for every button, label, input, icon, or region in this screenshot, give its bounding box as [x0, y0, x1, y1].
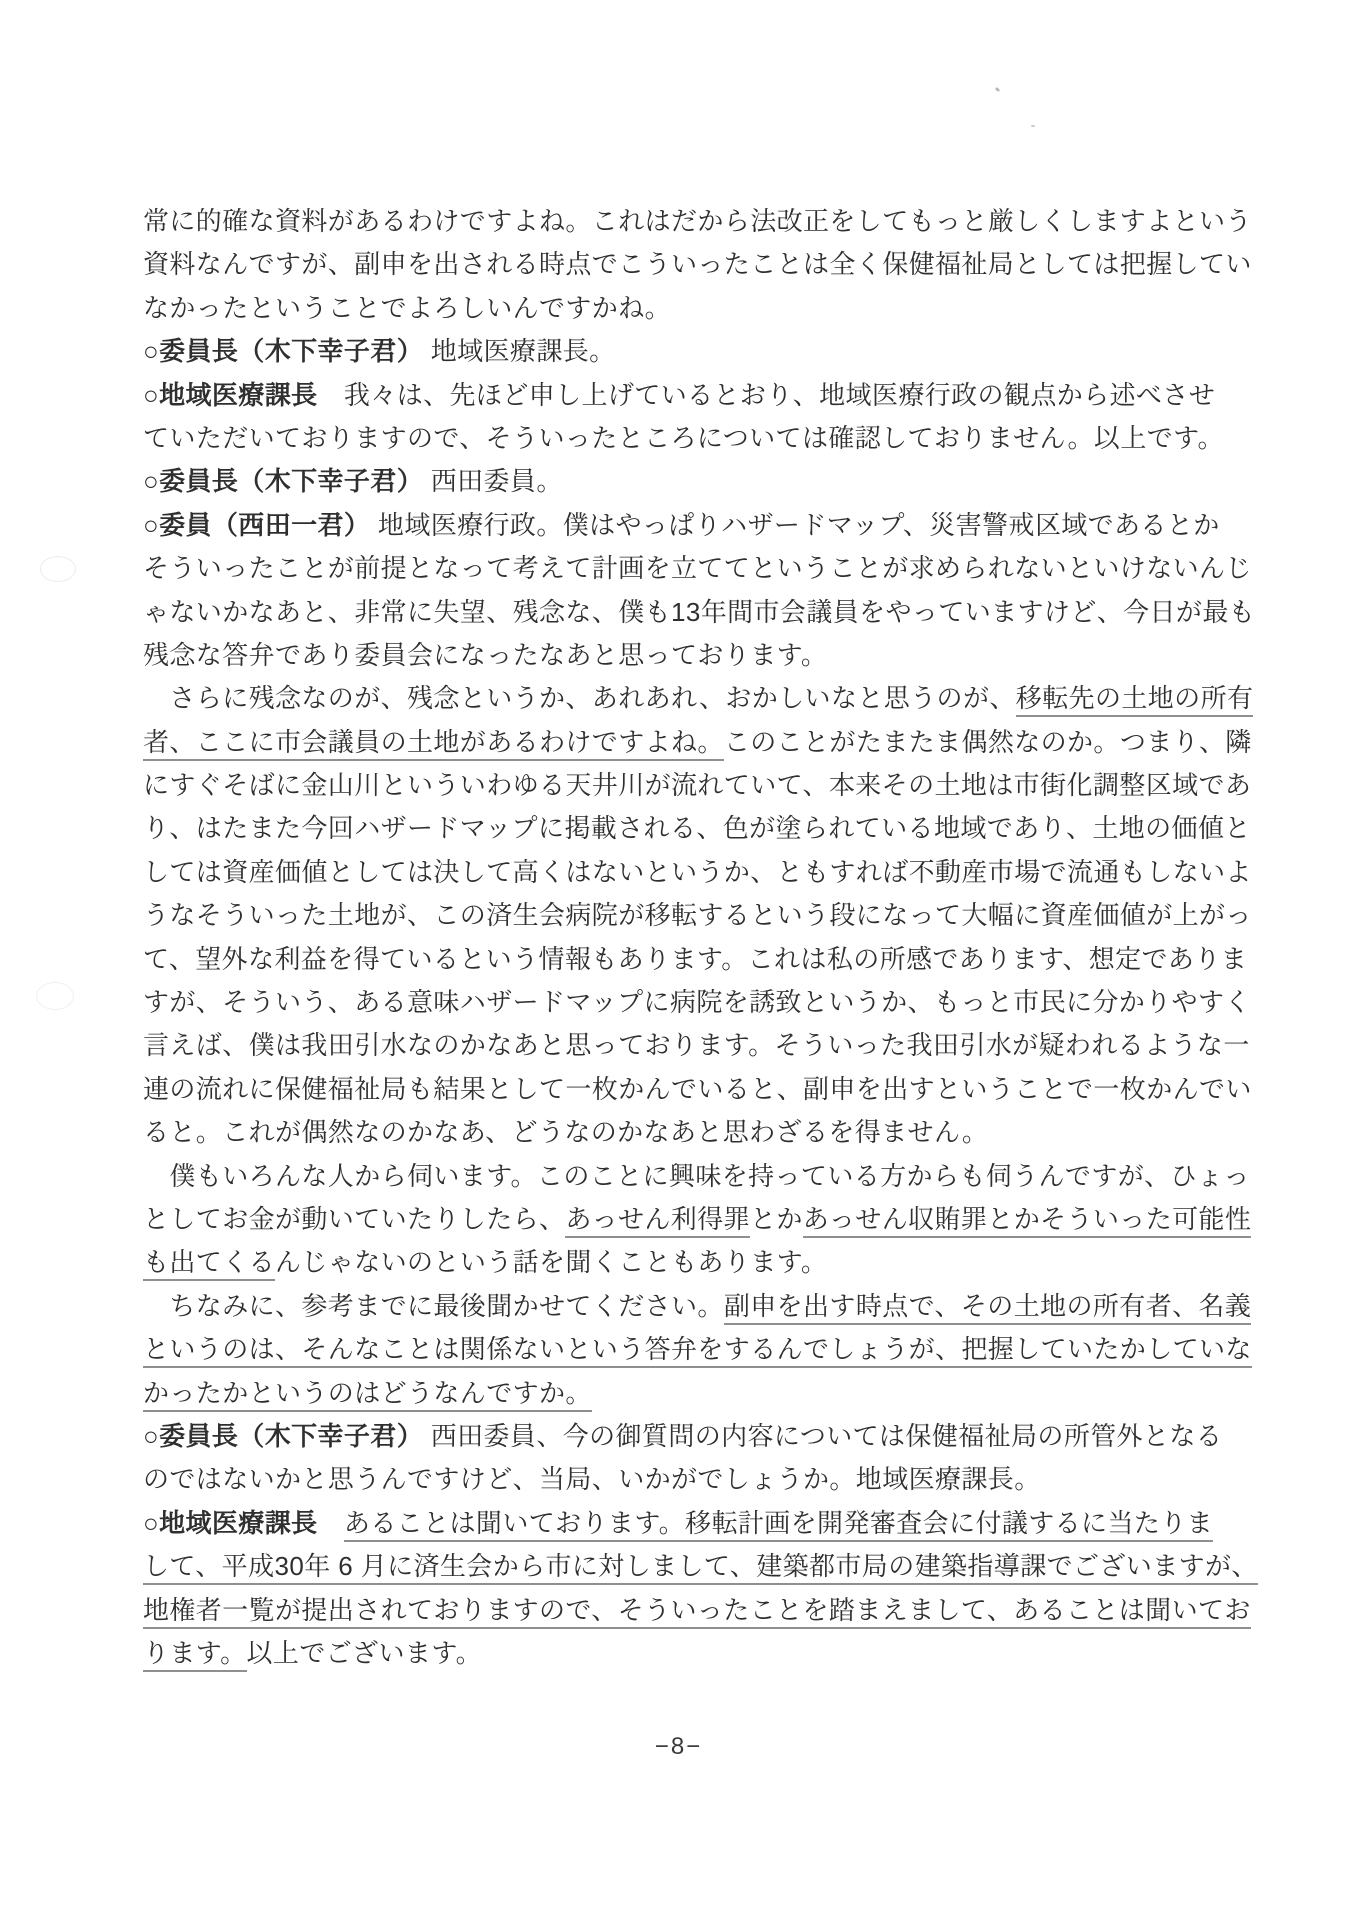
- document-line: かったかというのはどうなんですか。: [143, 1372, 1228, 1415]
- document-line: 連の流れに保健福祉局も結果として一枚かんでいると、副申を出すということで一枚かん…: [143, 1068, 1228, 1111]
- text-segment: ちなみに、参考までに最後聞かせてください。: [143, 1291, 724, 1321]
- text-segment: ると。これが偶然なのかなあ、どうなのかなあと思わざるを得ません。: [143, 1117, 988, 1147]
- underlined-text: かったかというのはどうなんですか。: [143, 1378, 592, 1412]
- document-line: そういったことが前提となって考えて計画を立ててということが求められないといけない…: [143, 547, 1228, 590]
- scanned-document-page: 常に的確な資料があるわけですよね。これはだから法改正をしてもっと厳しくしますよと…: [0, 0, 1357, 1920]
- document-line: ゃないかなあと、非常に失望、残念な、僕も13年間市会議員をやっていますけど、今日…: [143, 591, 1228, 634]
- document-line: ○地域医療課長 あることは聞いております。移転計画を開発審査会に付議するに当たり…: [143, 1502, 1228, 1545]
- text-segment: なかったということでよろしいんですかね。: [143, 293, 671, 323]
- text-segment: うなそういった土地が、この済生会病院が移転するという段になって大幅に資産価値が上…: [143, 900, 1252, 930]
- document-line: すが、そういう、ある意味ハザードマップに病院を誘致というか、もっと市民に分かりや…: [143, 981, 1228, 1024]
- underlined-text: 副申を出す時点で、その土地の所有者、名義: [724, 1291, 1251, 1325]
- document-line: としてお金が動いていたりしたら、あっせん利得罪とかあっせん収賄罪とかそういった可…: [143, 1198, 1228, 1241]
- document-line: しては資産価値としては決して高くはないというか、ともすれば不動産市場で流通もしな…: [143, 851, 1228, 894]
- document-line: にすぐそばに金山川といういわゆる天井川が流れていて、本来その土地は市街化調整区域…: [143, 764, 1228, 807]
- document-line: ○委員長（木下幸子君） 地域医療課長。: [143, 330, 1228, 373]
- text-segment: んじゃないのという話を聞くこともあります。: [275, 1247, 827, 1277]
- text-segment: 西田委員、今の御質問の内容については保健福祉局の所管外となる: [423, 1421, 1222, 1451]
- text-segment: 常に的確な資料があるわけですよね。これはだから法改正をしてもっと厳しくしますよと…: [143, 206, 1252, 236]
- document-line: 僕もいろんな人から伺います。このことに興味を持っている方からも伺うんですが、ひょ…: [143, 1155, 1228, 1198]
- document-line: うなそういった土地が、この済生会病院が移転するという段になって大幅に資産価値が上…: [143, 894, 1228, 937]
- document-line: ○地域医療課長 我々は、先ほど申し上げているとおり、地域医療行政の観点から述べさ…: [143, 374, 1228, 417]
- document-line: 言えば、僕は我田引水なのかなあと思っております。そういった我田引水が疑われるよう…: [143, 1024, 1228, 1067]
- speaker-label: ○地域医療課長: [143, 380, 318, 410]
- text-segment: 西田委員。: [423, 466, 563, 496]
- underlined-text: あっせん利得罪: [565, 1204, 750, 1238]
- page-number: −8−: [0, 1732, 1357, 1762]
- text-segment: そういったことが前提となって考えて計画を立ててということが求められないといけない…: [143, 553, 1252, 583]
- underlined-text: 者、ここに市会議員の土地があるわけですよね。: [143, 727, 724, 761]
- underlined-text: あることは聞いております。: [344, 1508, 685, 1542]
- document-line: ちなみに、参考までに最後聞かせてください。副申を出す時点で、その土地の所有者、名…: [143, 1285, 1228, 1328]
- document-body: 常に的確な資料があるわけですよね。これはだから法改正をしてもっと厳しくしますよと…: [143, 200, 1228, 1675]
- document-line: 残念な答弁であり委員会になったなあと思っております。: [143, 634, 1228, 677]
- punch-hole-mark-icon: [40, 556, 76, 582]
- document-line: というのは、そんなことは関係ないという答弁をするんでしょうが、把握していたかして…: [143, 1328, 1228, 1371]
- underlined-text: あっせん収賄罪とかそういった可能性: [803, 1204, 1252, 1238]
- text-segment: 言えば、僕は我田引水なのかなあと思っております。そういった我田引水が疑われるよう…: [143, 1030, 1250, 1060]
- text-segment: 連の流れに保健福祉局も結果として一枚かんでいると、副申を出すということで一枚かん…: [143, 1074, 1252, 1104]
- speaker-label: ○委員長（木下幸子君）: [143, 1421, 423, 1451]
- document-line: 常に的確な資料があるわけですよね。これはだから法改正をしてもっと厳しくしますよと…: [143, 200, 1228, 243]
- punch-hole-mark-icon: [36, 982, 74, 1010]
- document-line: 者、ここに市会議員の土地があるわけですよね。このことがたまたま偶然なのか。つまり…: [143, 721, 1228, 764]
- document-line: 資料なんですが、副申を出される時点でこういったことは全く保健福祉局としては把握し…: [143, 243, 1228, 286]
- document-line: ると。これが偶然なのかなあ、どうなのかなあと思わざるを得ません。: [143, 1111, 1228, 1154]
- text-segment: ゃないかなあと、非常に失望、残念な、僕も13年間市会議員をやっていますけど、今日…: [143, 597, 1255, 627]
- scan-speck-icon: [1031, 125, 1035, 127]
- underlined-text: ります。: [143, 1638, 247, 1672]
- speaker-label: ○委員長（木下幸子君）: [143, 466, 423, 496]
- underlined-text: というのは、そんなことは関係ないという答弁をするんでしょうが、: [143, 1334, 961, 1368]
- document-line: なかったということでよろしいんですかね。: [143, 287, 1228, 330]
- scan-speck-icon: [995, 87, 1001, 93]
- underlined-text: そういったことを踏まえまして、あることは聞いてお: [618, 1595, 1251, 1629]
- document-line: ○委員長（木下幸子君） 西田委員。: [143, 460, 1228, 503]
- underlined-text: 地権者一覧が提出されておりますので、: [143, 1595, 618, 1629]
- document-line: ○委員（西田一君） 地域医療行政。僕はやっぱりハザードマップ、災害警戒区域である…: [143, 504, 1228, 547]
- text-segment: 地域医療課長。: [423, 336, 615, 366]
- underlined-text: して、平成30年 6 月に済生会から市に対しまして、建築都市局の建築指導課でござ…: [143, 1551, 1258, 1585]
- document-line: り、はたまた今回ハザードマップに掲載される、色が塗られている地域であり、土地の価…: [143, 807, 1228, 850]
- document-line: さらに残念なのが、残念というか、あれあれ、おかしいなと思うのが、移転先の土地の所…: [143, 677, 1228, 720]
- underlined-text: 把握していたかしていな: [961, 1334, 1251, 1368]
- text-segment: すが、そういう、ある意味ハザードマップに病院を誘致というか、もっと市民に分かりや…: [143, 987, 1251, 1017]
- document-line: のではないかと思うんですけど、当局、いかがでしょうか。地域医療課長。: [143, 1458, 1228, 1501]
- text-segment: としてお金が動いていたりしたら、: [143, 1204, 565, 1234]
- text-segment: 僕もいろんな人から伺います。このことに興味を持っている方からも伺うんですが、ひょ…: [143, 1161, 1250, 1191]
- text-segment: のではないかと思うんですけど、当局、いかがでしょうか。地域医療課長。: [143, 1464, 1041, 1494]
- text-segment: 我々は、先ほど申し上げているとおり、地域医療行政の観点から述べさせ: [318, 380, 1216, 410]
- speaker-label: ○地域医療課長: [143, 1508, 318, 1538]
- text-segment: とか: [750, 1204, 803, 1234]
- speaker-label: ○委員長（木下幸子君）: [143, 336, 423, 366]
- document-line: ○委員長（木下幸子君） 西田委員、今の御質問の内容については保健福祉局の所管外と…: [143, 1415, 1228, 1458]
- document-line: て、望外な利益を得ているという情報もあります。これは私の所感であります、想定であ…: [143, 938, 1228, 981]
- text-segment: 資料なんですが、副申を出される時点でこういったことは全く保健福祉局としては把握し…: [143, 249, 1252, 279]
- document-line: も出てくるんじゃないのという話を聞くこともあります。: [143, 1241, 1228, 1284]
- document-line: ります。以上でございます。: [143, 1632, 1228, 1675]
- text-segment: り、はたまた今回ハザードマップに掲載される、色が塗られている地域であり、土地の価…: [143, 813, 1251, 843]
- text-segment: 残念な答弁であり委員会になったなあと思っております。: [143, 640, 827, 670]
- text-segment: [318, 1508, 344, 1538]
- text-segment: しては資産価値としては決して高くはないというか、ともすれば不動産市場で流通もしな…: [143, 857, 1252, 887]
- text-segment: 以上でございます。: [247, 1638, 483, 1668]
- text-segment: さらに残念なのが、残念というか、あれあれ、おかしいなと思うのが、: [143, 683, 1016, 713]
- text-segment: このことがたまたま偶然なのか。つまり、隣: [724, 727, 1252, 757]
- text-segment: 地域医療行政。僕はやっぱりハザードマップ、災害警戒区域であるとか: [370, 510, 1219, 540]
- document-line: 地権者一覧が提出されておりますので、そういったことを踏まえまして、あることは聞い…: [143, 1589, 1228, 1632]
- underlined-text: 移転先の土地の所有: [1016, 683, 1254, 717]
- text-segment: て、望外な利益を得ているという情報もあります。これは私の所感であります、想定であ…: [143, 944, 1247, 974]
- document-line: して、平成30年 6 月に済生会から市に対しまして、建築都市局の建築指導課でござ…: [143, 1545, 1228, 1588]
- underlined-text: も出てくる: [143, 1247, 275, 1281]
- underlined-text: 移転計画を開発審査会に付議するに当たりま: [685, 1508, 1213, 1542]
- text-segment: にすぐそばに金山川といういわゆる天井川が流れていて、本来その土地は市街化調整区域…: [143, 770, 1251, 800]
- document-line: ていただいておりますので、そういったところについては確認しておりません。以上です…: [143, 417, 1228, 460]
- text-segment: ていただいておりますので、そういったところについては確認しておりません。以上です…: [143, 423, 1224, 453]
- speaker-label: ○委員（西田一君）: [143, 510, 370, 540]
